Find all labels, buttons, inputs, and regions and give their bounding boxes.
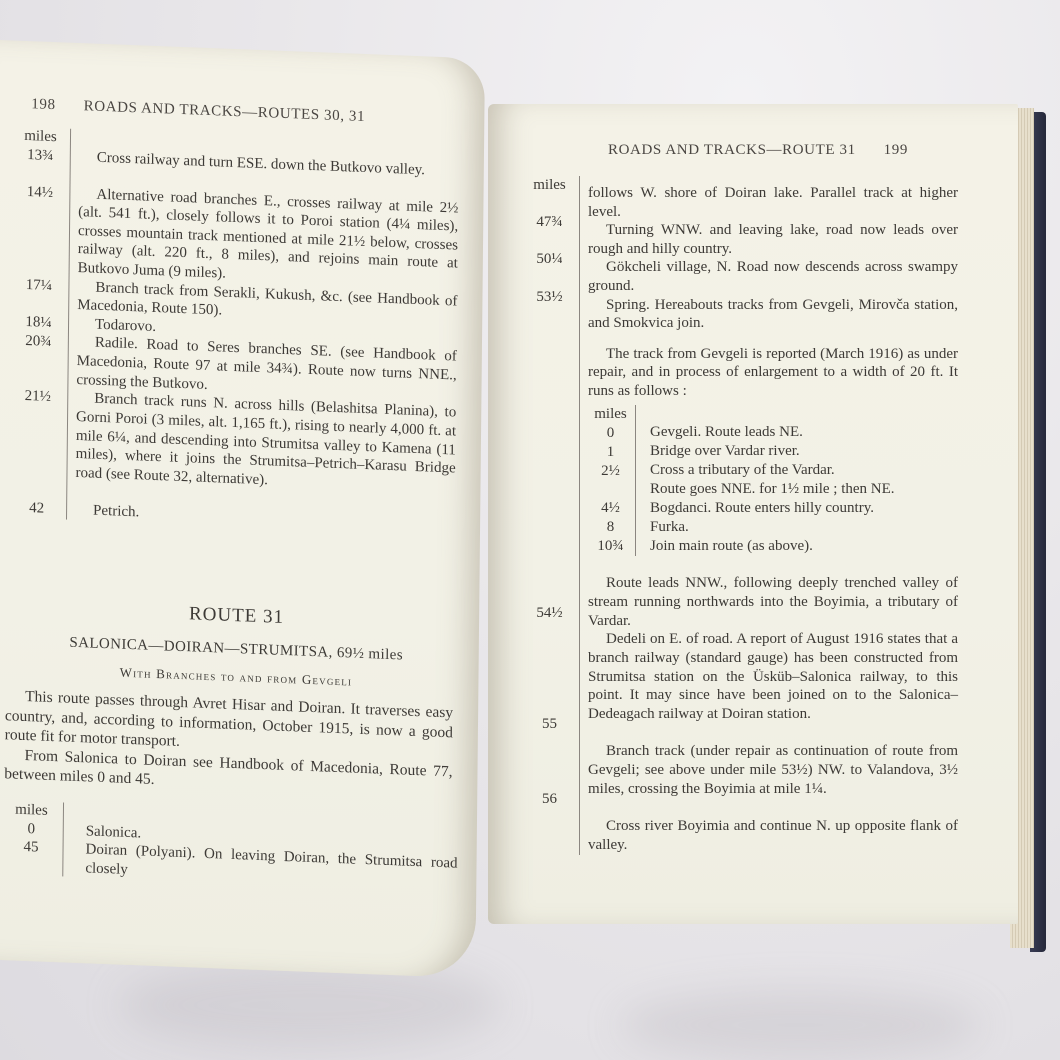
right-page: ROADS AND TRACKS—ROUTE 31 199 miles 47¾ … [488, 104, 1018, 924]
entry-text: Gökcheli village, N. Road now descends a… [588, 258, 958, 295]
miles-label: miles [8, 800, 55, 820]
route-31-intro: This route passes through Avret Hisar an… [4, 686, 453, 801]
entry-text: Route goes NNE. for 1½ mile ; then NE. [650, 480, 958, 499]
mile-value: 2½ [592, 462, 629, 481]
entry-text: Branch track runs N. across hills (Belas… [75, 389, 456, 516]
mile-value: 20¾ [17, 331, 60, 351]
cloth-fold-shadow [120, 960, 500, 1050]
mile-value: 0 [592, 424, 629, 443]
entry-text: Join main route (as above). [650, 537, 958, 556]
mile-value: 53½ [528, 288, 571, 307]
entry-text: Cross river Boyimia and continue N. up o… [588, 817, 958, 854]
route-31-title: ROUTE 31 [0, 596, 479, 637]
mile-value: 17¼ [17, 275, 60, 295]
mile-value: 55 [528, 715, 571, 734]
right-running-head: ROADS AND TRACKS—ROUTE 31 199 [608, 142, 908, 159]
right-head-title: ROADS AND TRACKS—ROUTE 31 [608, 142, 856, 159]
left-page-number: 198 [31, 96, 55, 114]
entry-text: Bogdanci. Route enters hilly country. [650, 499, 958, 518]
right-page-number: 199 [884, 142, 908, 159]
mile-column: miles 47¾ 50¼ 53½ 54½ 55 56 [528, 176, 580, 855]
cloth-fold-shadow [620, 990, 980, 1060]
mile-value: 47¾ [528, 213, 571, 232]
entry-text: follows W. shore of Doiran lake. Paralle… [588, 184, 958, 221]
entry-text-column: Gevgeli. Route leads NE. Bridge over Var… [636, 405, 958, 557]
gevgeli-intro: The track from Gevgeli is reported (Marc… [588, 345, 958, 401]
entry-text-column: Cross railway and turn ESE. down the But… [67, 129, 459, 535]
mile-column: miles 0 1 2½ 4½ 8 10¾ [592, 405, 636, 557]
miles-label: miles [19, 127, 62, 147]
route-30-mileage-table: miles 13¾ 14½ 17¼ 18¼ 20¾ 21½ 42 Cross r… [15, 127, 459, 535]
gevgeli-mileage-table: miles 0 1 2½ 4½ 8 10¾ Gevgeli. Route lea… [592, 405, 958, 557]
mile-column: miles 13¾ 14½ 17¼ 18¼ 20¾ 21½ 42 [15, 127, 71, 520]
mile-value: 10¾ [592, 537, 629, 556]
entry-text: Bridge over Vardar river. [650, 442, 958, 461]
route-31-mileage-table: miles 0 45 Salonica. Doiran (Polyani). O… [7, 800, 458, 892]
miles-label: miles [592, 405, 629, 424]
entry-text: Cross a tributary of the Vardar. [650, 461, 958, 480]
entry-text: Branch track (under repair as continuati… [588, 742, 958, 817]
mile-value: 50¼ [528, 250, 571, 269]
mile-column: miles 0 45 [7, 800, 64, 876]
mile-value: 8 [592, 518, 629, 537]
left-head-title: ROADS AND TRACKS—ROUTES 30, 31 [84, 98, 366, 126]
entry-text: Spring. Hereabouts tracks from Gevgeli, … [588, 296, 958, 333]
mile-value: 13¾ [19, 145, 62, 165]
mile-value: 54½ [528, 604, 571, 623]
route-31-continued-table: miles 47¾ 50¼ 53½ 54½ 55 56 follows W. s… [528, 176, 958, 855]
entry-text: Route leads NNW., following deeply trenc… [588, 574, 958, 630]
entry-text-column: follows W. shore of Doiran lake. Paralle… [580, 176, 958, 855]
mile-value: 0 [8, 819, 55, 839]
mile-value: 14½ [18, 183, 61, 203]
entry-text: Furka. [650, 518, 958, 537]
mile-value: 4½ [592, 499, 629, 518]
left-running-head: 198 ROADS AND TRACKS—ROUTES 30, 31 [31, 96, 365, 126]
miles-label: miles [528, 176, 571, 195]
mile-value: 1 [592, 443, 629, 462]
entry-text-column: Salonica. Doiran (Polyani). On leaving D… [63, 803, 458, 892]
mile-value: 45 [7, 838, 54, 858]
entry-text: Gevgeli. Route leads NE. [650, 423, 958, 442]
entry-text: Dedeli on E. of road. A report of August… [588, 630, 958, 742]
entry-text: Turning WNW. and leaving lake, road now … [588, 221, 958, 258]
left-page: 198 ROADS AND TRACKS—ROUTES 30, 31 miles… [0, 40, 485, 978]
mile-value: 18¼ [17, 313, 60, 333]
mile-value: 42 [15, 498, 58, 518]
entry-text: Alternative road branches E., crosses ra… [78, 185, 459, 293]
mile-value: 56 [528, 790, 571, 809]
mile-value: 21½ [16, 387, 59, 407]
